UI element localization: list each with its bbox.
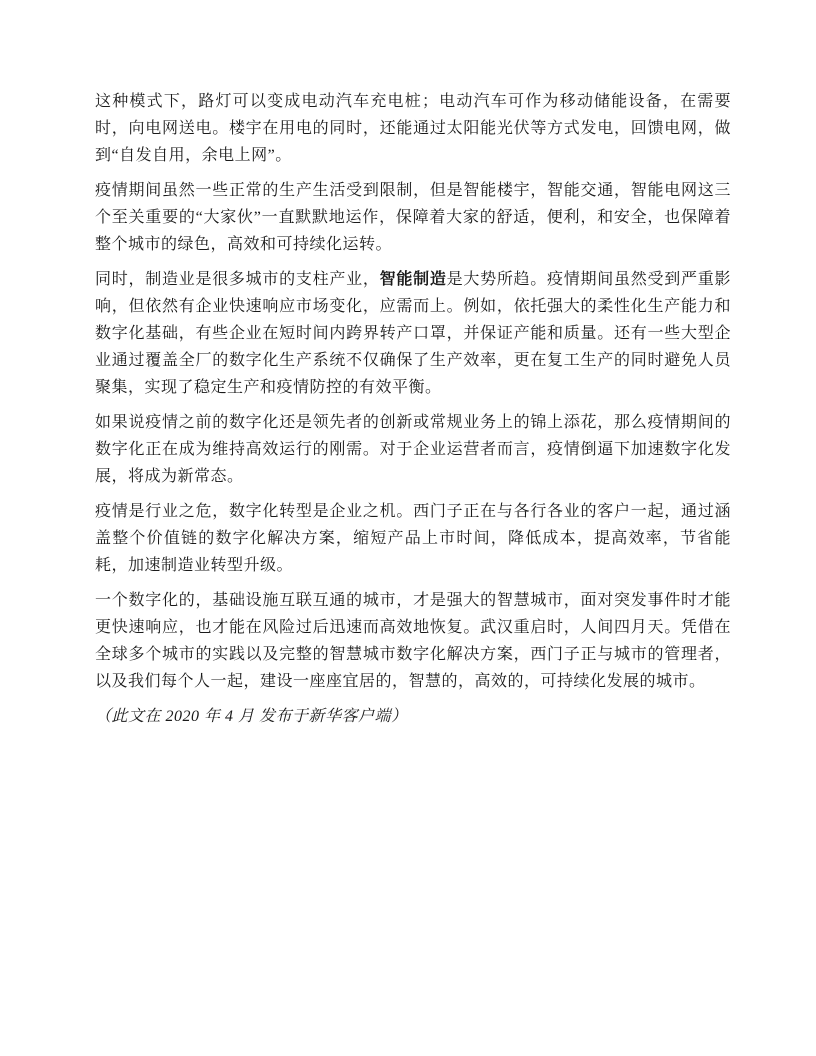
paragraph-1-text: 这种模式下，路灯可以变成电动汽车充电桩；电动汽车可作为移动储能设备，在需要时，向… bbox=[95, 93, 731, 164]
paragraph-3-text-after: 是大势所趋。疫情期间虽然受到严重影响，但依然有企业快速响应市场变化，应需而上。例… bbox=[95, 271, 731, 396]
paragraph-5-text: 疫情是行业之危，数字化转型是企业之机。西门子正在与各行各业的客户一起，通过涵盖整… bbox=[95, 503, 731, 574]
paragraph-1: 这种模式下，路灯可以变成电动汽车充电桩；电动汽车可作为移动储能设备，在需要时，向… bbox=[95, 88, 731, 169]
paragraph-3: 同时，制造业是很多城市的支柱产业，智能制造是大势所趋。疫情期间虽然受到严重影响，… bbox=[95, 266, 731, 401]
paragraph-2: 疫情期间虽然一些正常的生产生活受到限制，但是智能楼宇，智能交通，智能电网这三个至… bbox=[95, 177, 731, 258]
paragraph-3-text-before: 同时，制造业是很多城市的支柱产业， bbox=[95, 271, 380, 288]
attribution-line: （此文在 2020 年 4 月 发布于新华客户端） bbox=[95, 703, 731, 730]
paragraph-5: 疫情是行业之危，数字化转型是企业之机。西门子正在与各行各业的客户一起，通过涵盖整… bbox=[95, 498, 731, 579]
paragraph-4-text: 如果说疫情之前的数字化还是领先者的创新或常规业务上的锦上添花，那么疫情期间的数字… bbox=[95, 414, 731, 485]
paragraph-4: 如果说疫情之前的数字化还是领先者的创新或常规业务上的锦上添花，那么疫情期间的数字… bbox=[95, 409, 731, 490]
document-body: 这种模式下，路灯可以变成电动汽车充电桩；电动汽车可作为移动储能设备，在需要时，向… bbox=[95, 88, 731, 730]
attribution-text: （此文在 2020 年 4 月 发布于新华客户端） bbox=[95, 708, 408, 725]
paragraph-6-text: 一个数字化的，基础设施互联互通的城市，才是强大的智慧城市，面对突发事件时才能更快… bbox=[95, 592, 731, 690]
paragraph-2-text: 疫情期间虽然一些正常的生产生活受到限制，但是智能楼宇，智能交通，智能电网这三个至… bbox=[95, 182, 731, 253]
paragraph-6: 一个数字化的，基础设施互联互通的城市，才是强大的智慧城市，面对突发事件时才能更快… bbox=[95, 587, 731, 695]
document-page: 这种模式下，路灯可以变成电动汽车充电桩；电动汽车可作为移动储能设备，在需要时，向… bbox=[0, 0, 816, 1056]
paragraph-3-bold-phrase: 智能制造 bbox=[380, 271, 447, 288]
